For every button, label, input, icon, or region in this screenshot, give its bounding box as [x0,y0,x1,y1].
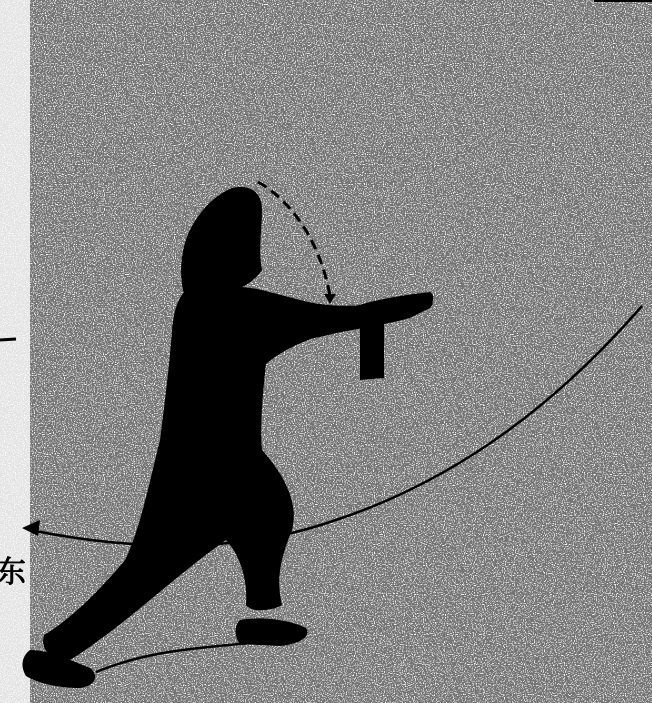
scanned-illustration: 东 [0,0,652,703]
direction-label: 东 [0,558,26,588]
left-tick [0,339,16,340]
figure-drawing [0,0,652,703]
